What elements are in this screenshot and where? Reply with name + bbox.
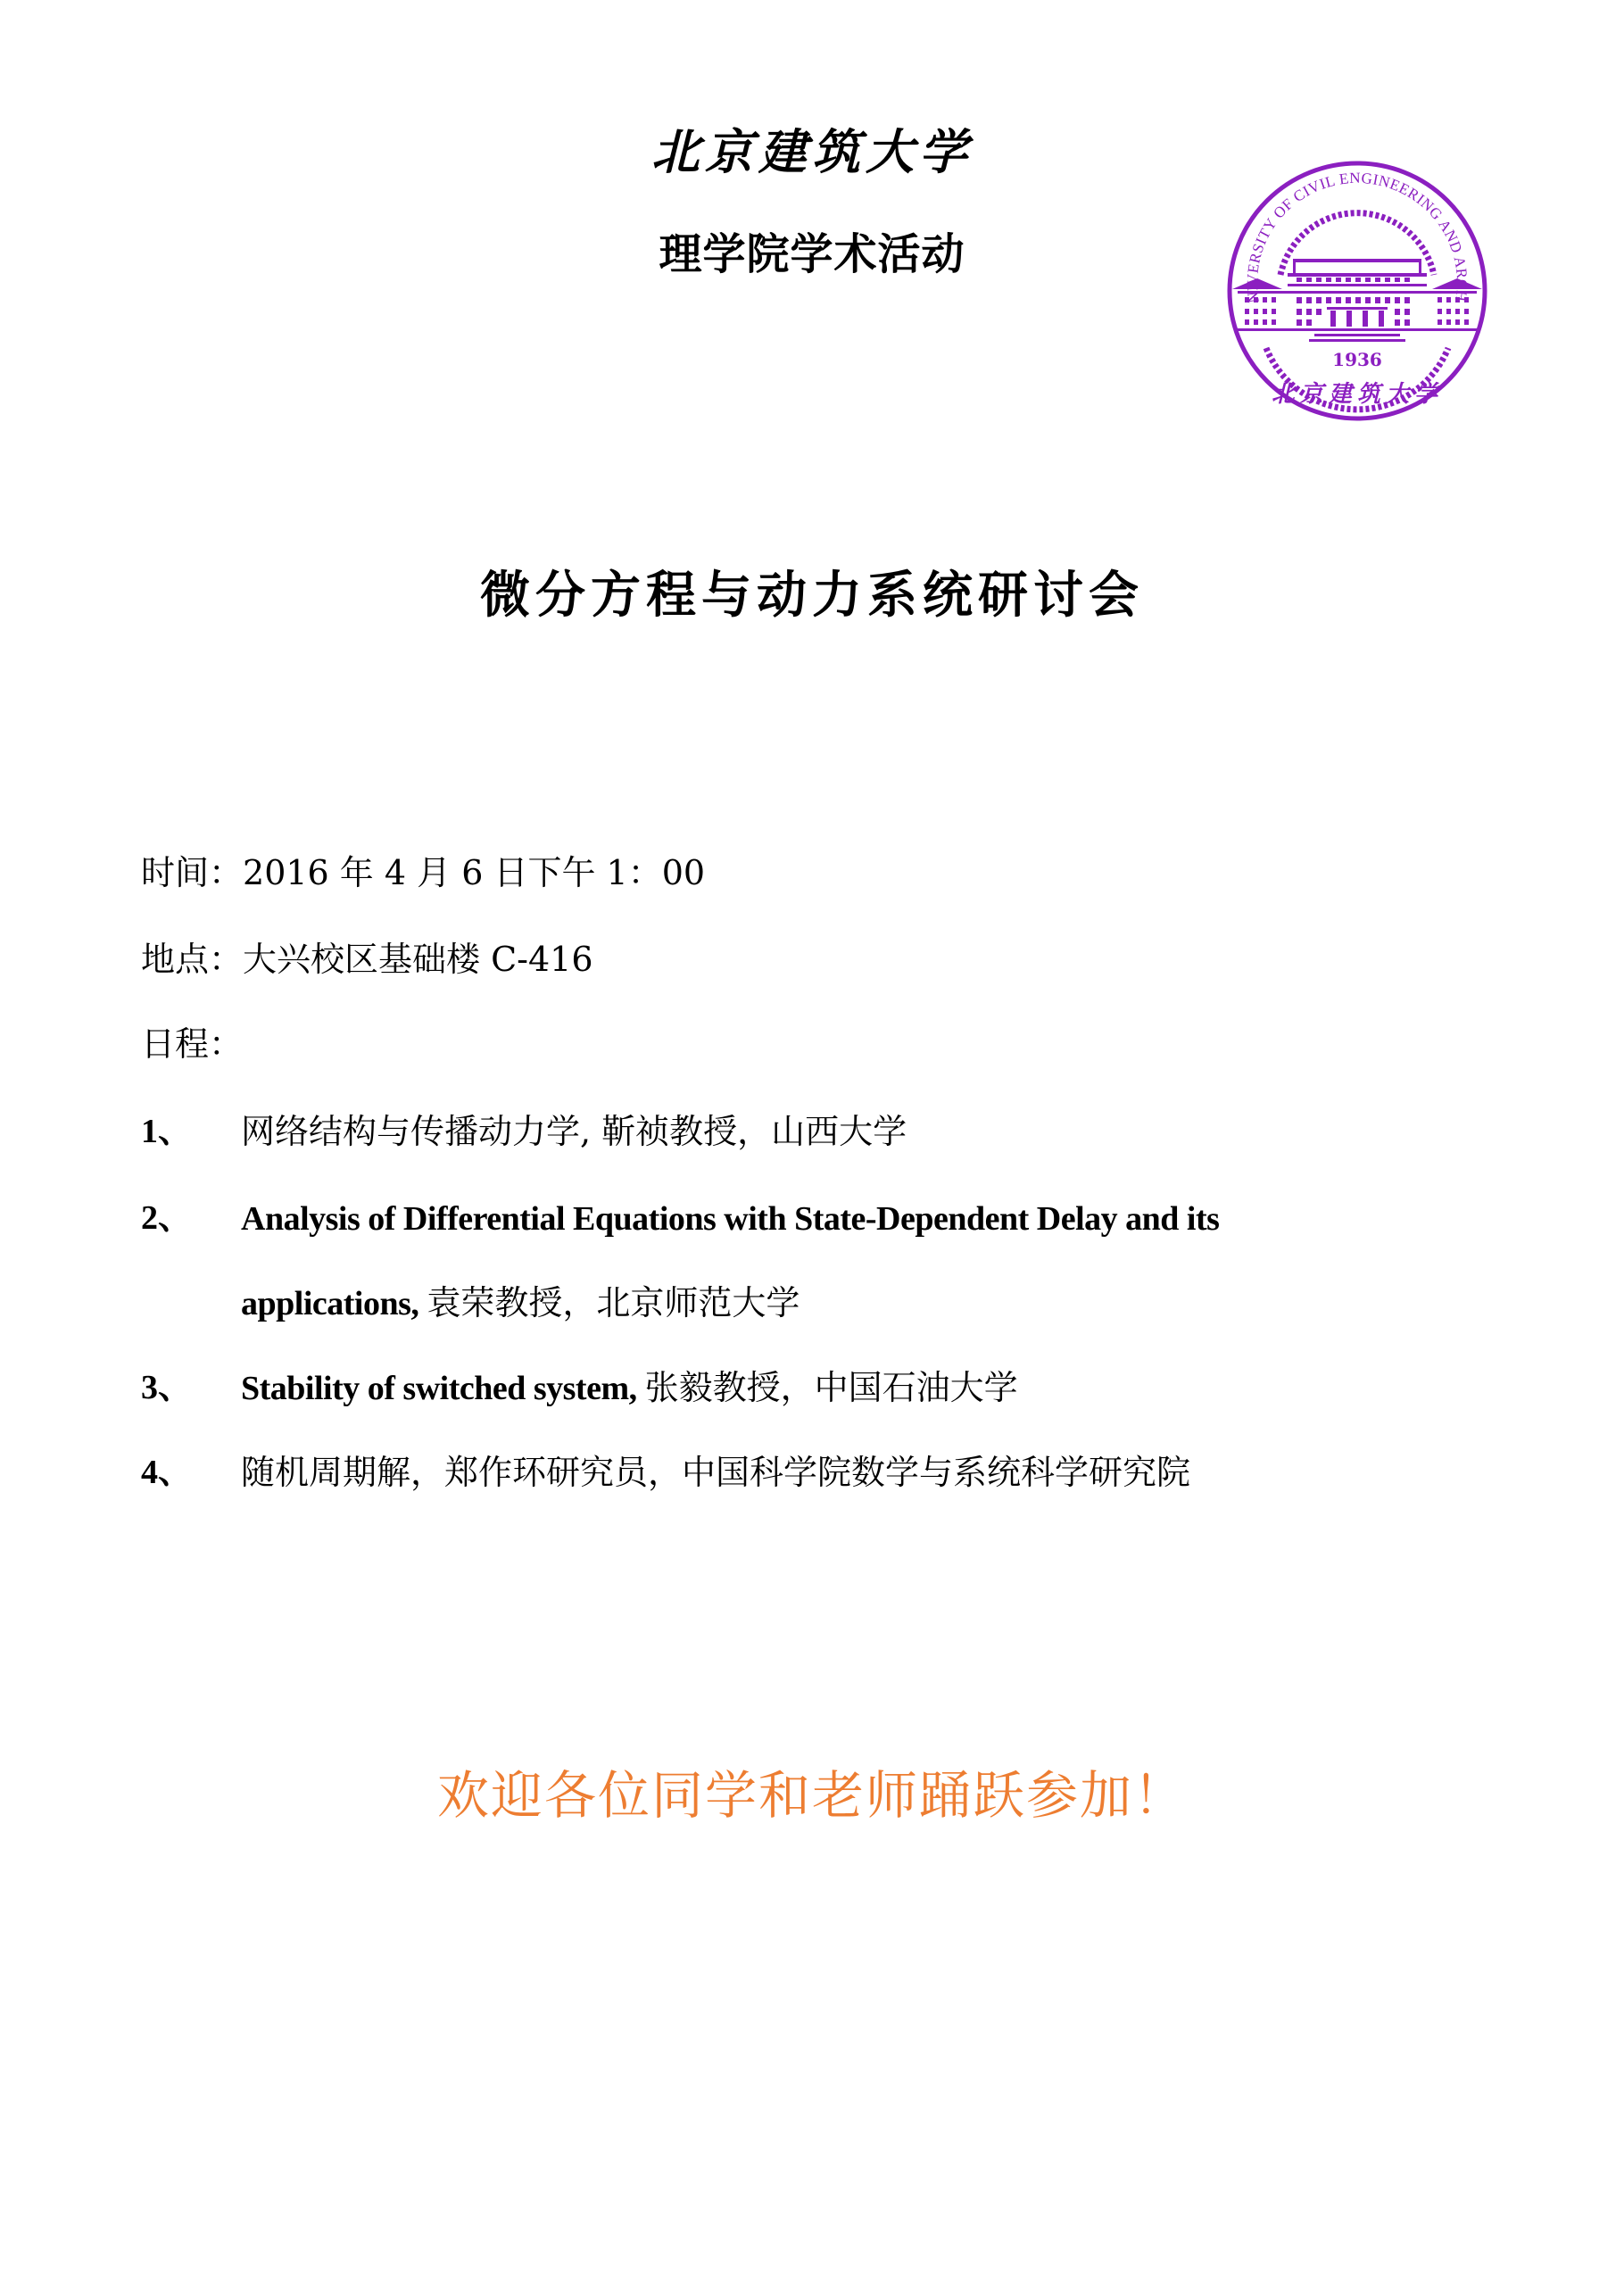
talk-speaker: 靳祯教授，山西大学 — [601, 1112, 907, 1151]
schedule-item-3: Stability of switched system, 张毅教授，中国石油大… — [241, 1365, 1018, 1411]
talk-speaker: 袁荣教授，北京师范大学 — [427, 1283, 800, 1322]
talk-topic: 网络结构与传播动力学, — [241, 1112, 601, 1151]
schedule-item-number: 4、 — [141, 1450, 192, 1495]
svg-text:1936: 1936 — [1332, 349, 1382, 370]
talk-topic-continuation: applications, — [241, 1285, 427, 1322]
talk-speaker: 郑作环研究员，中国科学院数学与系统科学研究院 — [444, 1453, 1190, 1492]
university-seal-logo: BEIJING UNIVERSITY OF CIVIL ENGINEERING … — [1225, 159, 1489, 423]
talk-topic: Stability of switched system, — [241, 1370, 645, 1407]
location-line: 地点：大兴校区基础楼 C-416 — [141, 937, 593, 982]
time-value: 2016 年 4 月 6 日下午 1：00 — [243, 853, 705, 892]
schedule-item-number: 2、 — [141, 1196, 192, 1240]
talk-topic: Analysis of Differential Equations with … — [241, 1200, 1219, 1238]
location-label: 地点： — [141, 940, 243, 979]
time-line: 时间：2016 年 4 月 6 日下午 1：00 — [141, 850, 705, 895]
schedule-item-number: 1、 — [141, 1109, 192, 1154]
welcome-message: 欢迎各位同学和老师踊跃参加！ — [0, 1760, 1624, 1831]
schedule-item-2-continuation: applications, 袁荣教授，北京师范大学 — [241, 1281, 800, 1326]
seal-emblem-icon: BEIJING UNIVERSITY OF CIVIL ENGINEERING … — [1225, 159, 1489, 423]
schedule-label: 日程： — [141, 1022, 243, 1066]
schedule-item-4: 随机周期解，郑作环研究员，中国科学院数学与系统科学研究院 — [241, 1450, 1190, 1495]
schedule-item-number: 3、 — [141, 1365, 192, 1410]
talk-topic: 随机周期解， — [241, 1453, 444, 1492]
talk-speaker: 张毅教授，中国石油大学 — [645, 1368, 1018, 1407]
seminar-title: 微分方程与动力系统研讨会 — [0, 564, 1624, 628]
location-value: 大兴校区基础楼 C-416 — [243, 940, 593, 979]
svg-text:北京建筑大学: 北京建筑大学 — [1272, 381, 1443, 408]
schedule-item-2: Analysis of Differential Equations with … — [241, 1196, 1219, 1241]
time-label: 时间： — [141, 853, 243, 892]
schedule-item-1: 网络结构与传播动力学, 靳祯教授，山西大学 — [241, 1109, 907, 1154]
